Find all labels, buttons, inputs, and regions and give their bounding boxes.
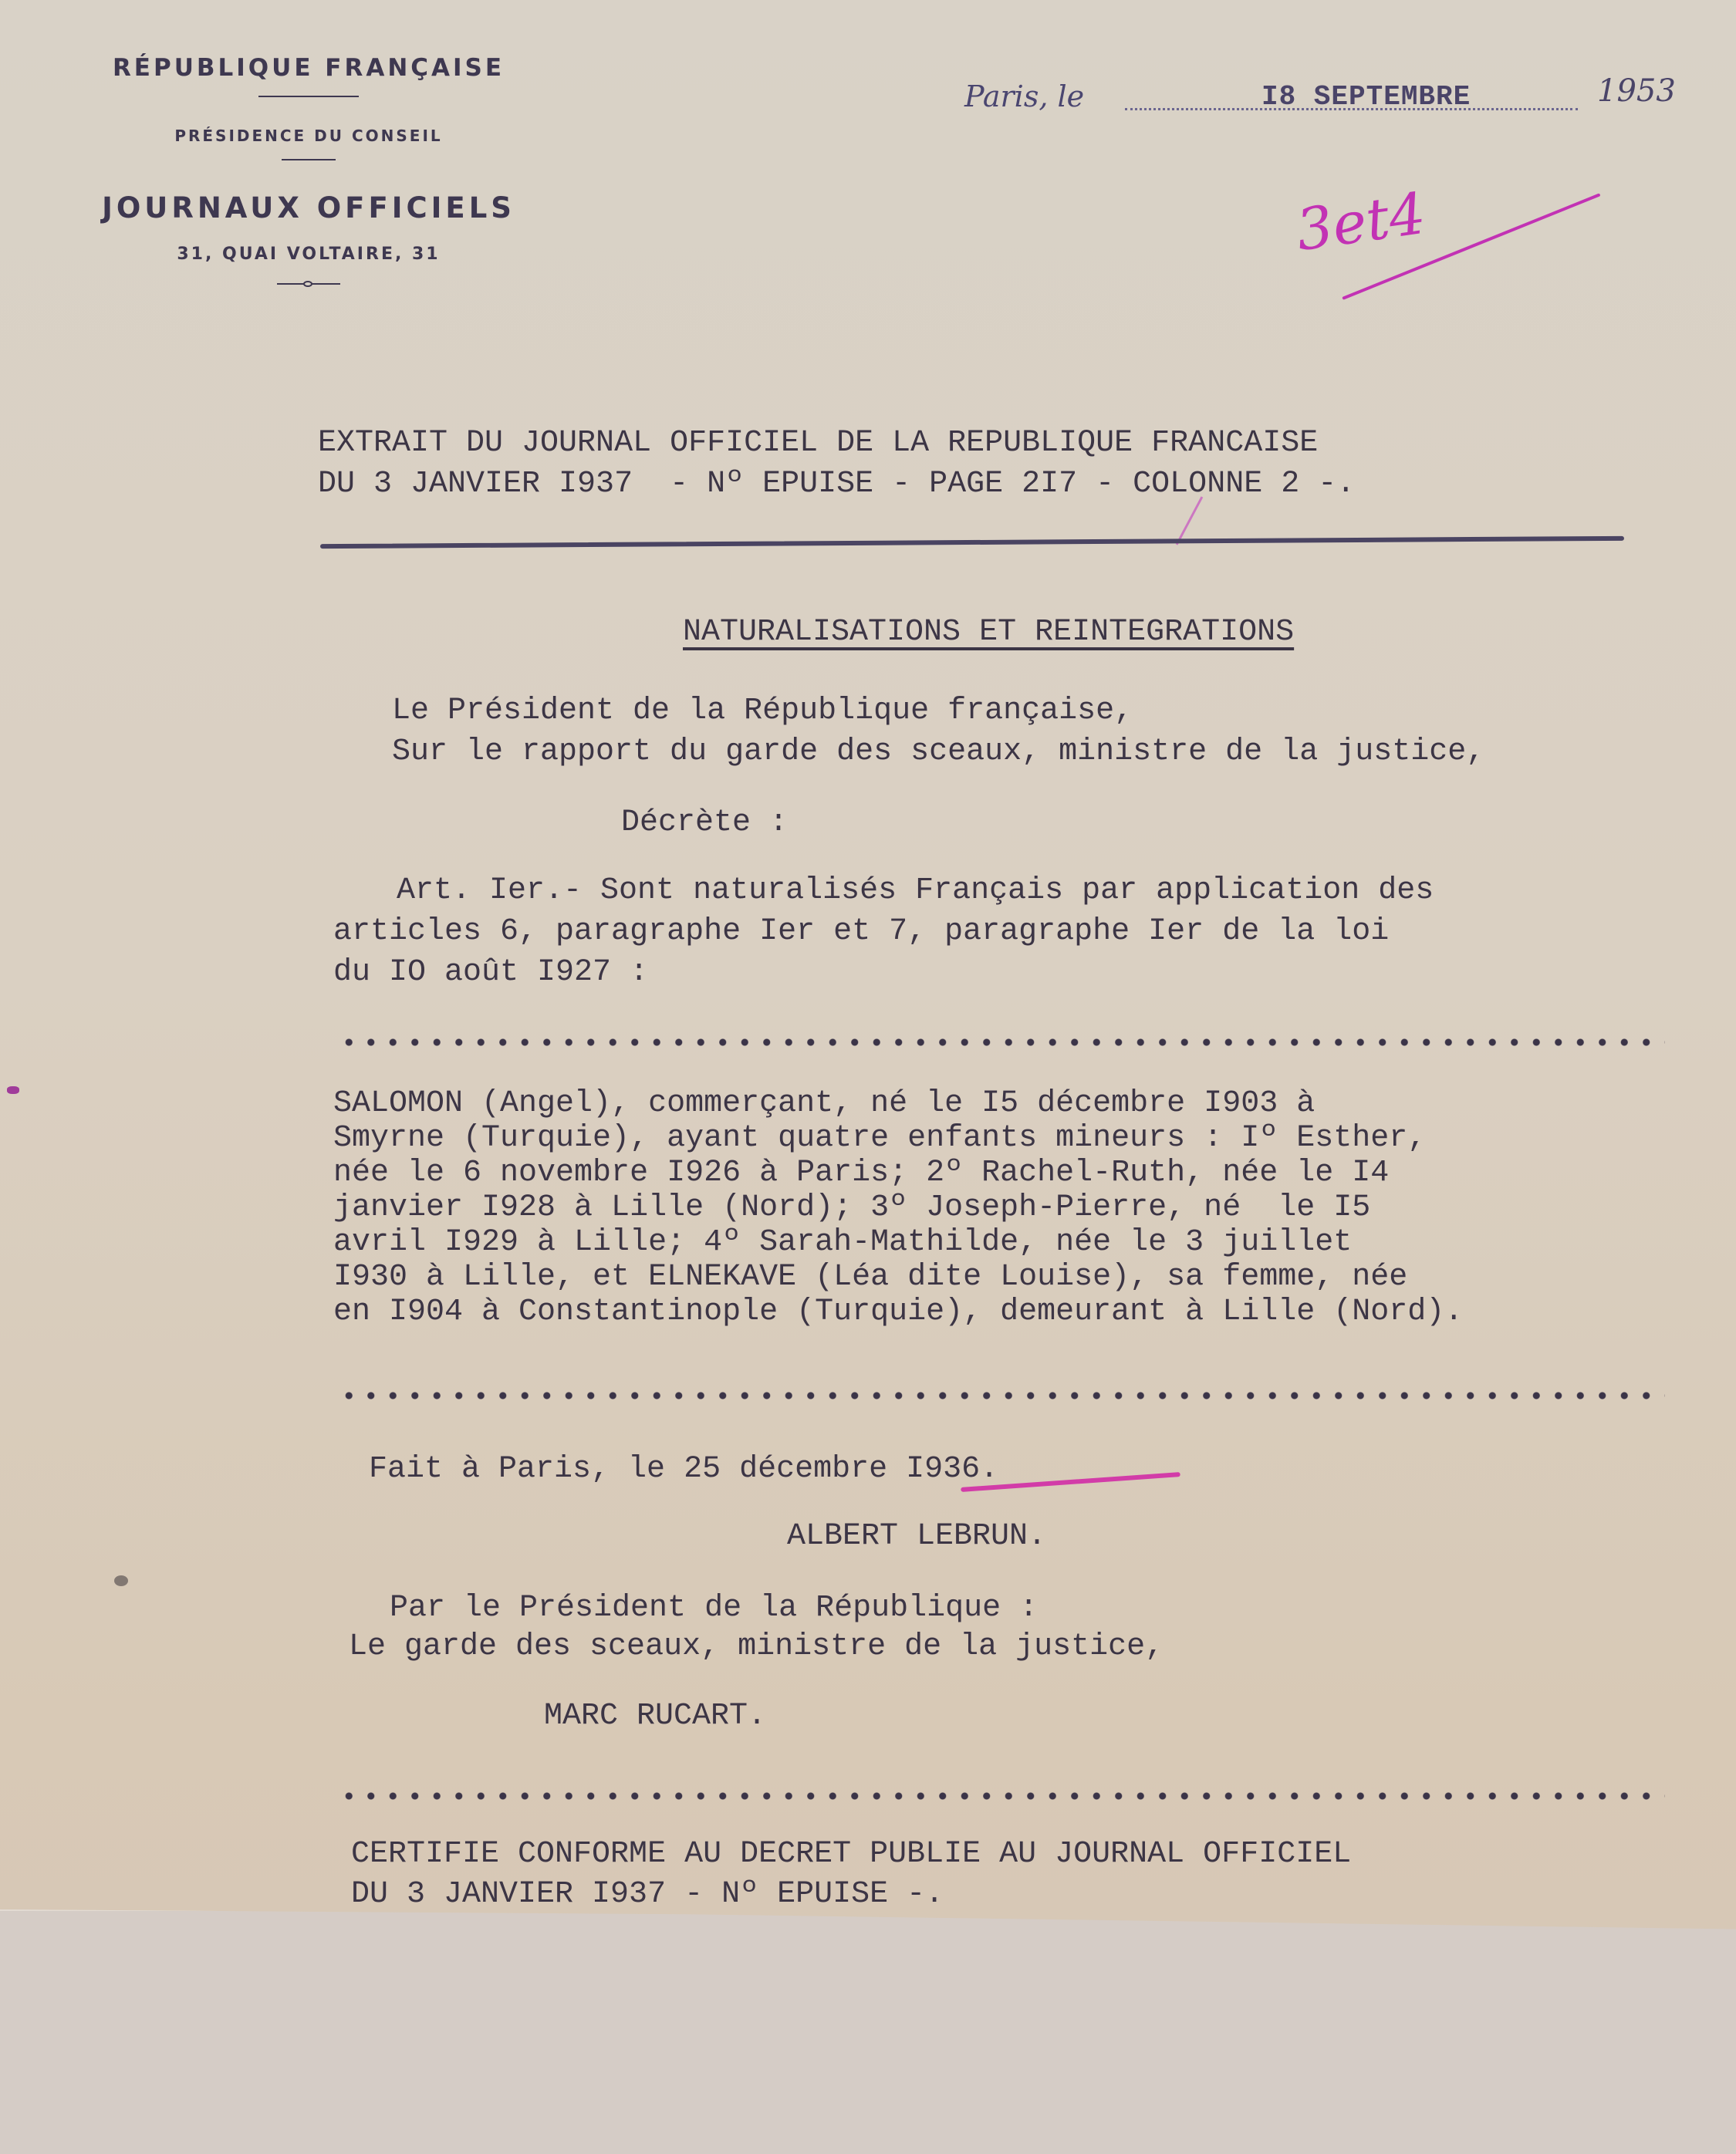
document-page: RÉPUBLIQUE FRANÇAISE PRÉSIDENCE DU CONSE… bbox=[0, 0, 1736, 2154]
entry-line: en I904 à Constantinople (Turquie), deme… bbox=[333, 1295, 1463, 1329]
preamble-line-1: Le Président de la République française, bbox=[392, 694, 1133, 728]
minister-signature: MARC RUCART. bbox=[544, 1696, 766, 1737]
date-year: 1953 bbox=[1597, 73, 1676, 109]
letterhead-office: JOURNAUX OFFICIELS bbox=[77, 191, 540, 225]
handwritten-annotation: 3et4 bbox=[1292, 181, 1430, 265]
minister-title-line: Le garde des sceaux, ministre de la just… bbox=[349, 1626, 1164, 1667]
made-at-line: Fait à Paris, le 25 décembre I936. bbox=[369, 1449, 998, 1490]
date-label: Paris, le bbox=[964, 79, 1084, 113]
entry-line: Smyrne (Turquie), ayant quatre enfants m… bbox=[333, 1121, 1426, 1156]
letterhead-presidency: PRÉSIDENCE DU CONSEIL bbox=[77, 127, 540, 145]
extract-title: EXTRAIT DU JOURNAL OFFICIEL DE LA REPUBL… bbox=[318, 423, 1355, 505]
ornament-icon bbox=[277, 281, 340, 287]
naturalization-entry: SALOMON (Angel), commerçant, né le I5 dé… bbox=[333, 1086, 1463, 1329]
dateline: Paris, le I8 SEPTEMBRE 1953 bbox=[964, 73, 1697, 120]
letterhead-republic: RÉPUBLIQUE FRANÇAISE bbox=[77, 54, 540, 82]
article-text: Art. Ier.- Sont naturalisés Français par… bbox=[333, 870, 1434, 993]
decree-word: Décrète : bbox=[621, 802, 788, 843]
underlying-sheet bbox=[0, 1909, 1736, 2154]
entry-line: janvier I928 à Lille (Nord); 3º Joseph-P… bbox=[333, 1190, 1370, 1225]
dotted-separator bbox=[338, 1791, 1665, 1801]
title-rule bbox=[320, 536, 1624, 549]
extract-line-1: EXTRAIT DU JOURNAL OFFICIEL DE LA REPUBL… bbox=[318, 426, 1318, 461]
certification-line-2: DU 3 JANVIER I937 - Nº EPUISE -. bbox=[351, 1877, 944, 1912]
by-president-line: Par le Président de la République : bbox=[390, 1588, 1038, 1629]
entry-line: née le 6 novembre I926 à Paris; 2º Rache… bbox=[333, 1156, 1389, 1190]
article-line-3: du IO août I927 : bbox=[333, 955, 648, 990]
letterhead-divider bbox=[258, 96, 359, 97]
ink-spot bbox=[114, 1575, 128, 1586]
article-line-2: articles 6, paragraphe Ier et 7, paragra… bbox=[333, 914, 1389, 949]
president-signature: ALBERT LEBRUN. bbox=[787, 1516, 1046, 1557]
certification: CERTIFIE CONFORME AU DECRET PUBLIE AU JO… bbox=[351, 1835, 1351, 1915]
entry-line: I930 à Lille, et ELNEKAVE (Léa dite Loui… bbox=[333, 1260, 1407, 1295]
date-stamp: I8 SEPTEMBRE bbox=[1261, 81, 1471, 113]
dotted-separator bbox=[338, 1038, 1665, 1047]
article-line-1: Art. Ier.- Sont naturalisés Français par… bbox=[333, 873, 1434, 908]
extract-line-2: DU 3 JANVIER I937 - Nº EPUISE - PAGE 2I7… bbox=[318, 467, 1355, 501]
entry-line: avril I929 à Lille; 4º Sarah-Mathilde, n… bbox=[333, 1225, 1352, 1260]
certification-line-1: CERTIFIE CONFORME AU DECRET PUBLIE AU JO… bbox=[351, 1837, 1351, 1872]
preamble: Le Président de la République française,… bbox=[392, 690, 1484, 772]
ink-spot bbox=[7, 1086, 19, 1094]
letterhead: RÉPUBLIQUE FRANÇAISE PRÉSIDENCE DU CONSE… bbox=[77, 54, 540, 287]
letterhead-address: 31, QUAI VOLTAIRE, 31 bbox=[77, 245, 540, 264]
entry-line: SALOMON (Angel), commerçant, né le I5 dé… bbox=[333, 1086, 1315, 1121]
section-heading: NATURALISATIONS ET REINTEGRATIONS bbox=[683, 612, 1294, 653]
letterhead-divider bbox=[282, 159, 336, 160]
dotted-separator bbox=[338, 1391, 1665, 1400]
preamble-line-2: Sur le rapport du garde des sceaux, mini… bbox=[392, 734, 1484, 769]
